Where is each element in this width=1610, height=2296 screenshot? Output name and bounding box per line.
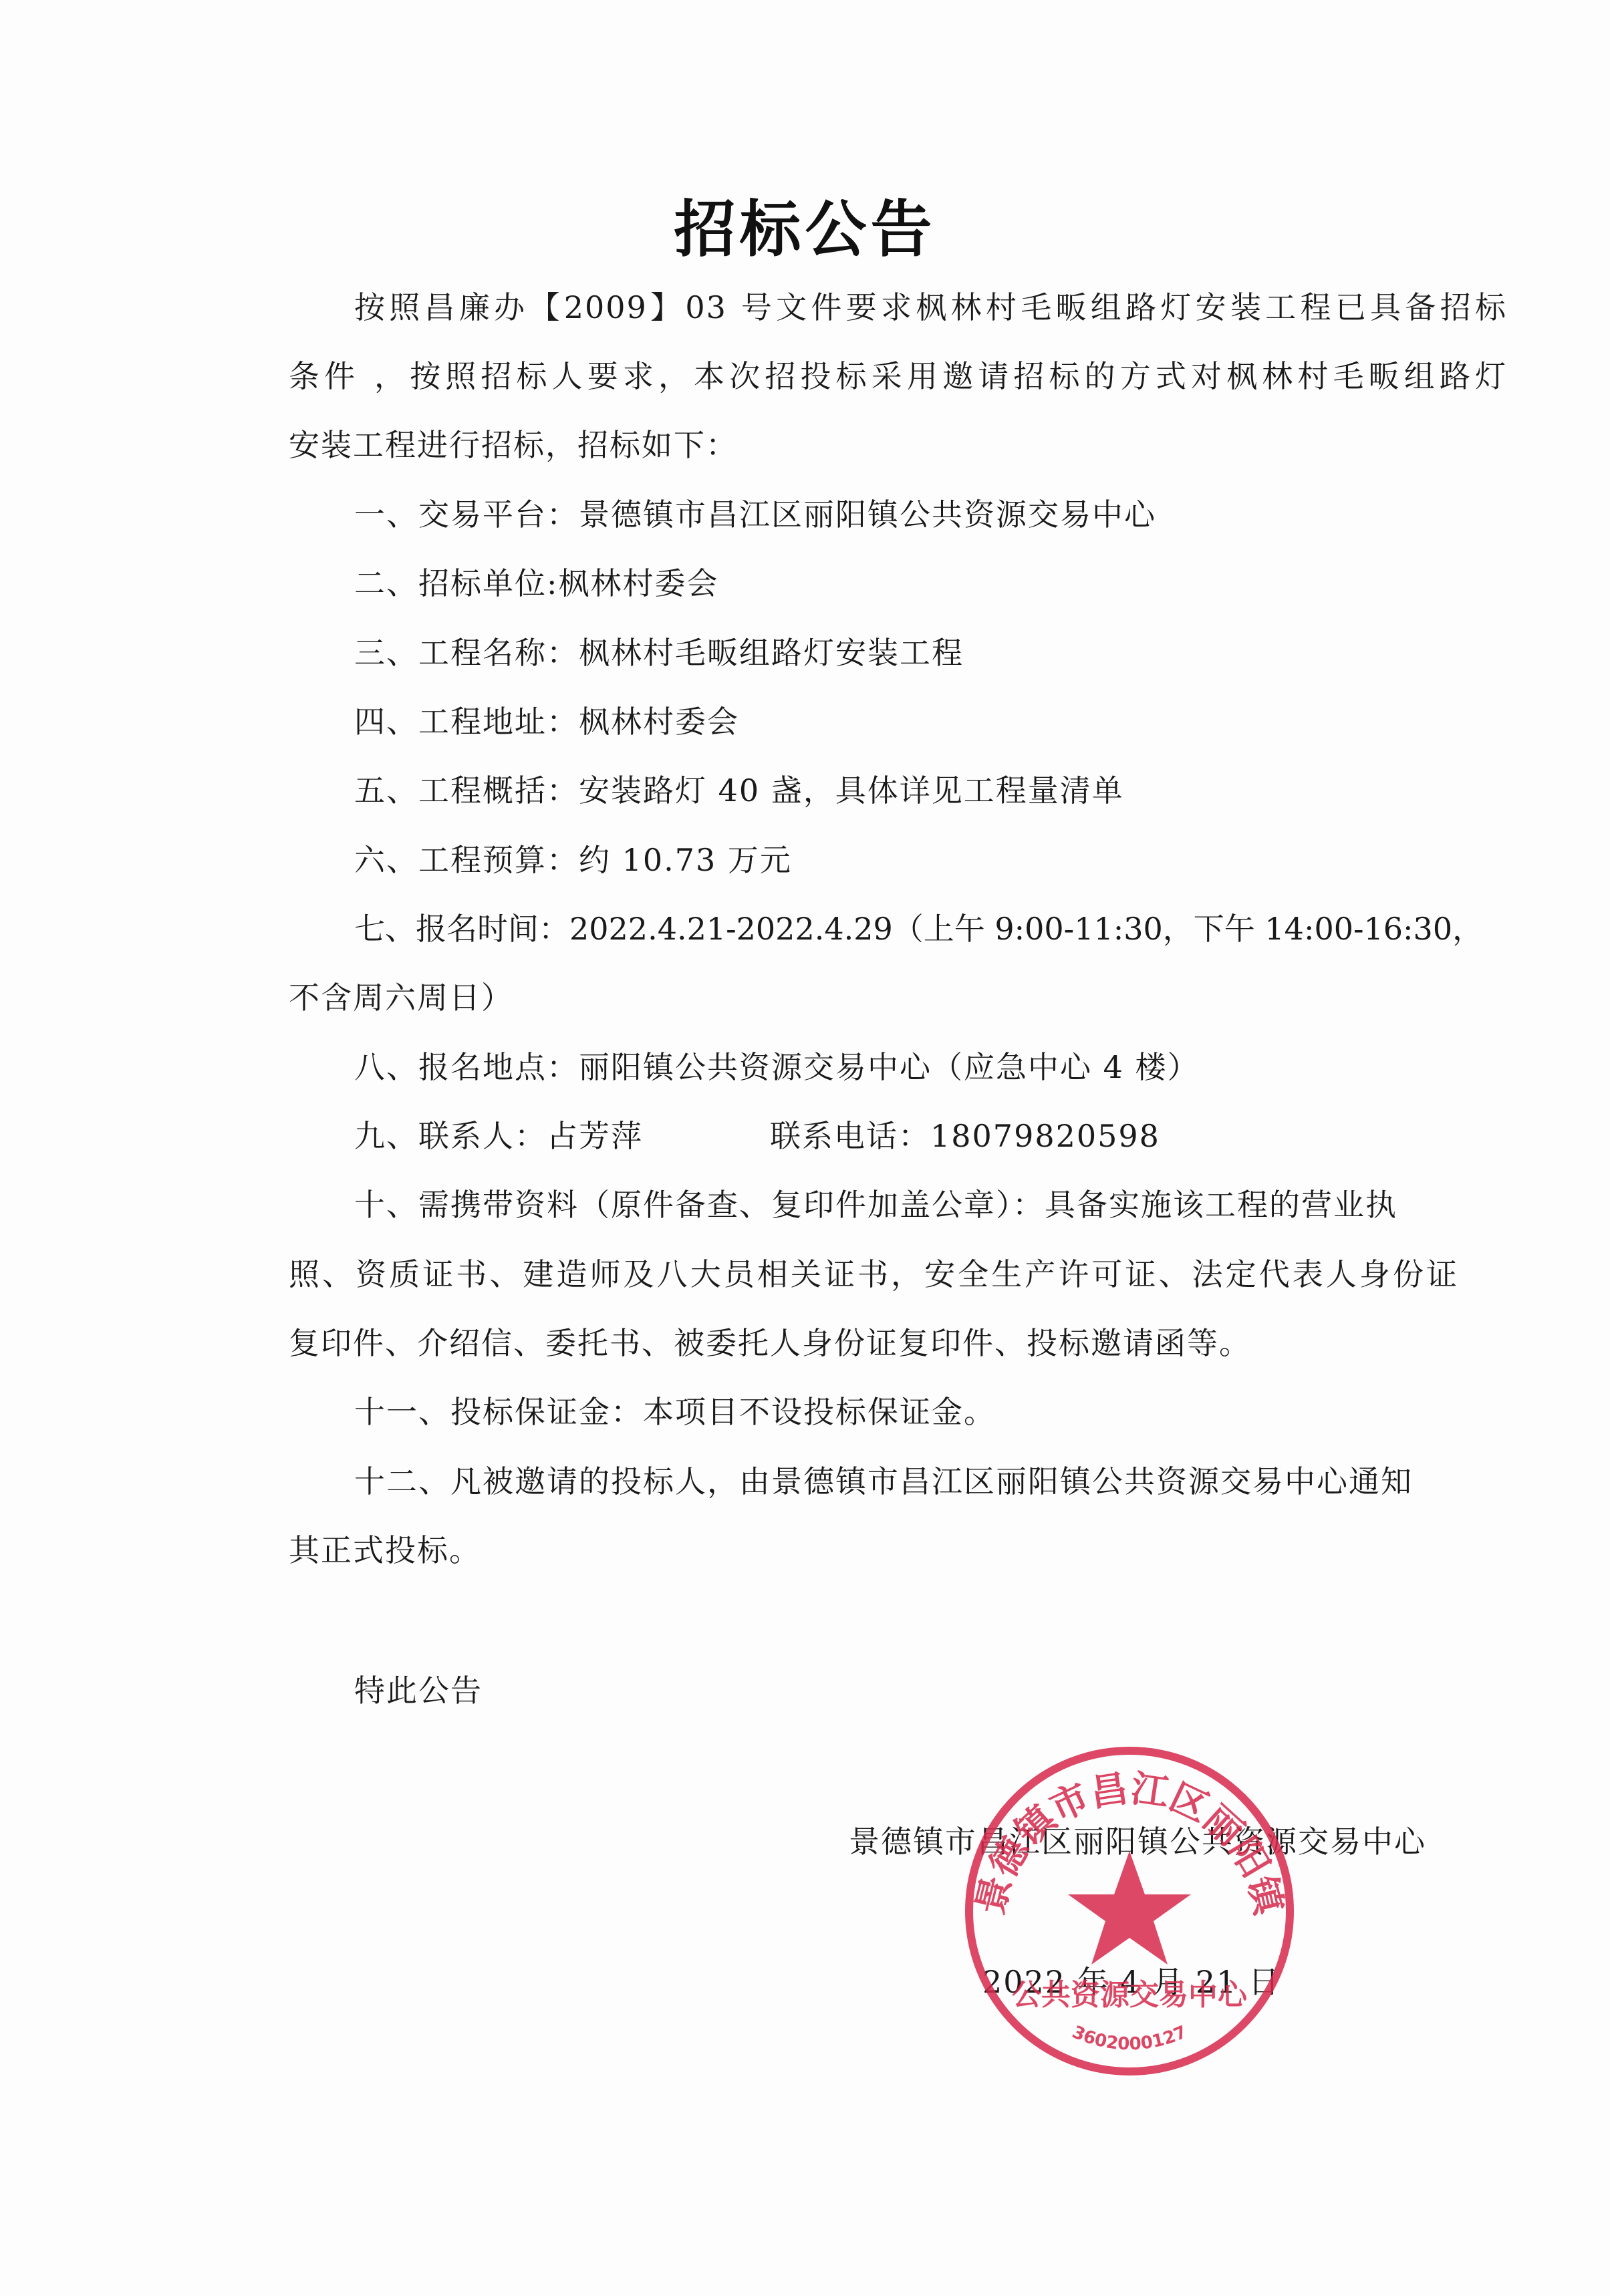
item-project-overview: 五、工程概括：安装路灯 40 盏，具体详见工程量清单 bbox=[354, 770, 1124, 811]
item-invitation-note-cont: 其正式投标。 bbox=[289, 1530, 481, 1570]
item-contact: 九、联系人：占芳萍联系电话：18079820598 bbox=[354, 1116, 1160, 1156]
contact-phone: 18079820598 bbox=[930, 1118, 1160, 1154]
item-tenderer: 二、招标单位:枫林村委会 bbox=[354, 563, 719, 603]
page-title: 招标公告 bbox=[0, 180, 1610, 269]
signature-organization: 景德镇市昌江区丽阳镇公共资源交易中心 bbox=[849, 1818, 1426, 1862]
item-project-address: 四、工程地址：枫林村委会 bbox=[354, 702, 739, 742]
item-registration-place: 八、报名地点：丽阳镇公共资源交易中心（应急中心 4 楼） bbox=[354, 1047, 1200, 1087]
intro-line-3: 安装工程进行招标，招标如下： bbox=[289, 425, 738, 465]
official-seal-icon: 景德镇市昌江区丽阳镇 公共资源交易中心 3602000127 bbox=[956, 1737, 1303, 2085]
item-registration-time-cont: 不含周六周日） bbox=[289, 978, 513, 1018]
item-required-materials: 十、需携带资料（原件备查、复印件加盖公章）：具备实施该工程的营业执 bbox=[354, 1185, 1397, 1225]
closing-text: 特此公告 bbox=[354, 1671, 483, 1711]
item-trading-platform: 一、交易平台：景德镇市昌江区丽阳镇公共资源交易中心 bbox=[354, 494, 1156, 535]
document-page: 招标公告 按照昌廉办【2009】03 号文件要求枫林村毛畈组路灯安装工程已具备招… bbox=[0, 0, 1610, 2296]
intro-line-1: 按照昌廉办【2009】03 号文件要求枫林村毛畈组路灯安装工程已具备招标 bbox=[354, 287, 1507, 327]
item-bid-bond: 十一、投标保证金：本项目不设投标保证金。 bbox=[354, 1392, 996, 1432]
item-required-materials-cont-2: 复印件、介绍信、委托书、被委托人身份证复印件、投标邀请函等。 bbox=[289, 1323, 1251, 1363]
intro-line-2: 条件 ，按照招标人要求，本次招投标采用邀请招标的方式对枫林村毛畈组路灯 bbox=[289, 356, 1507, 396]
item-project-budget: 六、工程预算：约 10.73 万元 bbox=[354, 840, 792, 880]
item-registration-time: 七、报名时间：2022.4.21-2022.4.29（上午 9:00-11:30… bbox=[354, 909, 1483, 949]
svg-text:3602000127: 3602000127 bbox=[1069, 2022, 1190, 2054]
item-project-name: 三、工程名称：枫林村毛畈组路灯安装工程 bbox=[354, 633, 964, 673]
contact-person: 占芳萍 bbox=[547, 1118, 643, 1154]
item-invitation-note: 十二、凡被邀请的投标人，由景德镇市昌江区丽阳镇公共资源交易中心通知 bbox=[354, 1461, 1413, 1501]
signature-date: 2022 年 4 月 21 日 bbox=[982, 1958, 1281, 2002]
item-required-materials-cont-1: 照、资质证书、建造师及八大员相关证书，安全生产许可证、法定代表人身份证 bbox=[289, 1254, 1458, 1294]
